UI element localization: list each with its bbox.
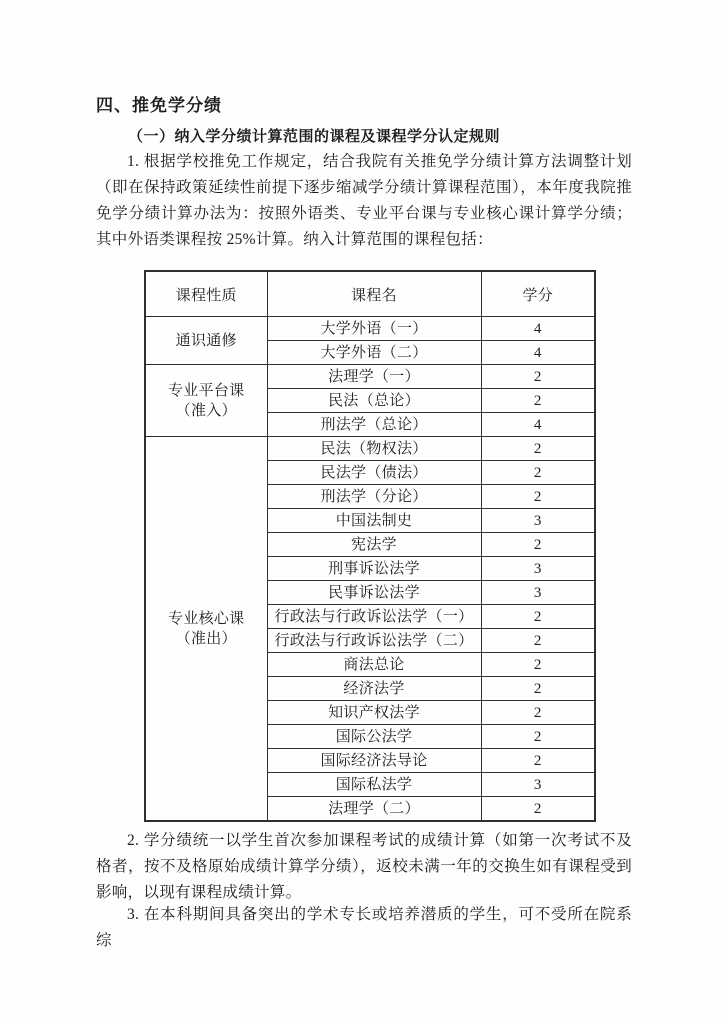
table-header-row: 课程性质 课程名 学分 (145, 271, 595, 317)
course-name-cell: 行政法与行政诉讼法学（二） (267, 629, 481, 653)
course-name-cell: 知识产权法学 (267, 701, 481, 725)
course-name-cell: 刑法学（总论） (267, 413, 481, 437)
course-name-cell: 法理学（二） (267, 797, 481, 822)
credit-cell: 2 (481, 485, 595, 509)
section-subtitle: （一）纳入学分绩计算范围的课程及课程学分认定规则 (128, 125, 500, 146)
course-name-cell: 刑法学（分论） (267, 485, 481, 509)
table-row: 专业平台课 （准入） 法理学（一） 2 (145, 365, 595, 389)
credit-cell: 2 (481, 437, 595, 461)
document-page: 四、推免学分绩 （一）纳入学分绩计算范围的课程及课程学分认定规则 1. 根据学校… (0, 0, 724, 1024)
course-name-cell: 国际经济法导论 (267, 749, 481, 773)
credit-cell: 2 (481, 701, 595, 725)
course-name-cell: 民法（物权法） (267, 437, 481, 461)
credit-cell: 2 (481, 629, 595, 653)
course-category-cell: 专业平台课 （准入） (145, 365, 267, 437)
credit-cell: 4 (481, 413, 595, 437)
credit-cell: 2 (481, 797, 595, 822)
credit-cell: 2 (481, 749, 595, 773)
credit-cell: 3 (481, 581, 595, 605)
credit-cell: 2 (481, 677, 595, 701)
col-header-credits: 学分 (481, 271, 595, 317)
col-header-course-name: 课程名 (267, 271, 481, 317)
course-name-cell: 民事诉讼法学 (267, 581, 481, 605)
course-name-cell: 大学外语（二） (267, 341, 481, 365)
credit-cell: 2 (481, 365, 595, 389)
paragraph-2: 2. 学分绩统一以学生首次参加课程考试的成绩计算（如第一次考试不及格者，按不及格… (96, 828, 632, 906)
course-name-cell: 宪法学 (267, 533, 481, 557)
table-row: 专业核心课 （准出） 民法（物权法） 2 (145, 437, 595, 461)
course-name-cell: 法理学（一） (267, 365, 481, 389)
courses-table: 课程性质 课程名 学分 通识通修 大学外语（一） 4 大学外语（二） 4 专业平… (144, 270, 596, 822)
course-name-cell: 国际私法学 (267, 773, 481, 797)
page-title: 四、推免学分绩 (96, 91, 222, 116)
credit-cell: 4 (481, 341, 595, 365)
credit-cell: 4 (481, 317, 595, 341)
course-name-cell: 刑事诉讼法学 (267, 557, 481, 581)
col-header-course-type: 课程性质 (145, 271, 267, 317)
table-row: 通识通修 大学外语（一） 4 (145, 317, 595, 341)
credit-cell: 3 (481, 509, 595, 533)
credit-cell: 2 (481, 461, 595, 485)
course-category-cell: 专业核心课 （准出） (145, 437, 267, 822)
course-name-cell: 民法（总论） (267, 389, 481, 413)
credit-cell: 3 (481, 557, 595, 581)
paragraph-1: 1. 根据学校推免工作规定，结合我院有关推免学分绩计算方法调整计划（即在保持政策… (96, 149, 632, 253)
credit-cell: 2 (481, 389, 595, 413)
credit-cell: 2 (481, 653, 595, 677)
course-category-cell: 通识通修 (145, 317, 267, 365)
course-name-cell: 商法总论 (267, 653, 481, 677)
credit-cell: 2 (481, 605, 595, 629)
paragraph-3: 3. 在本科期间具备突出的学术专长或培养潜质的学生，可不受所在院系综 (96, 902, 632, 954)
credit-cell: 3 (481, 773, 595, 797)
credit-cell: 2 (481, 725, 595, 749)
course-name-cell: 行政法与行政诉讼法学（一） (267, 605, 481, 629)
course-name-cell: 大学外语（一） (267, 317, 481, 341)
credit-cell: 2 (481, 533, 595, 557)
course-name-cell: 经济法学 (267, 677, 481, 701)
course-name-cell: 民法学（债法） (267, 461, 481, 485)
course-name-cell: 国际公法学 (267, 725, 481, 749)
course-name-cell: 中国法制史 (267, 509, 481, 533)
